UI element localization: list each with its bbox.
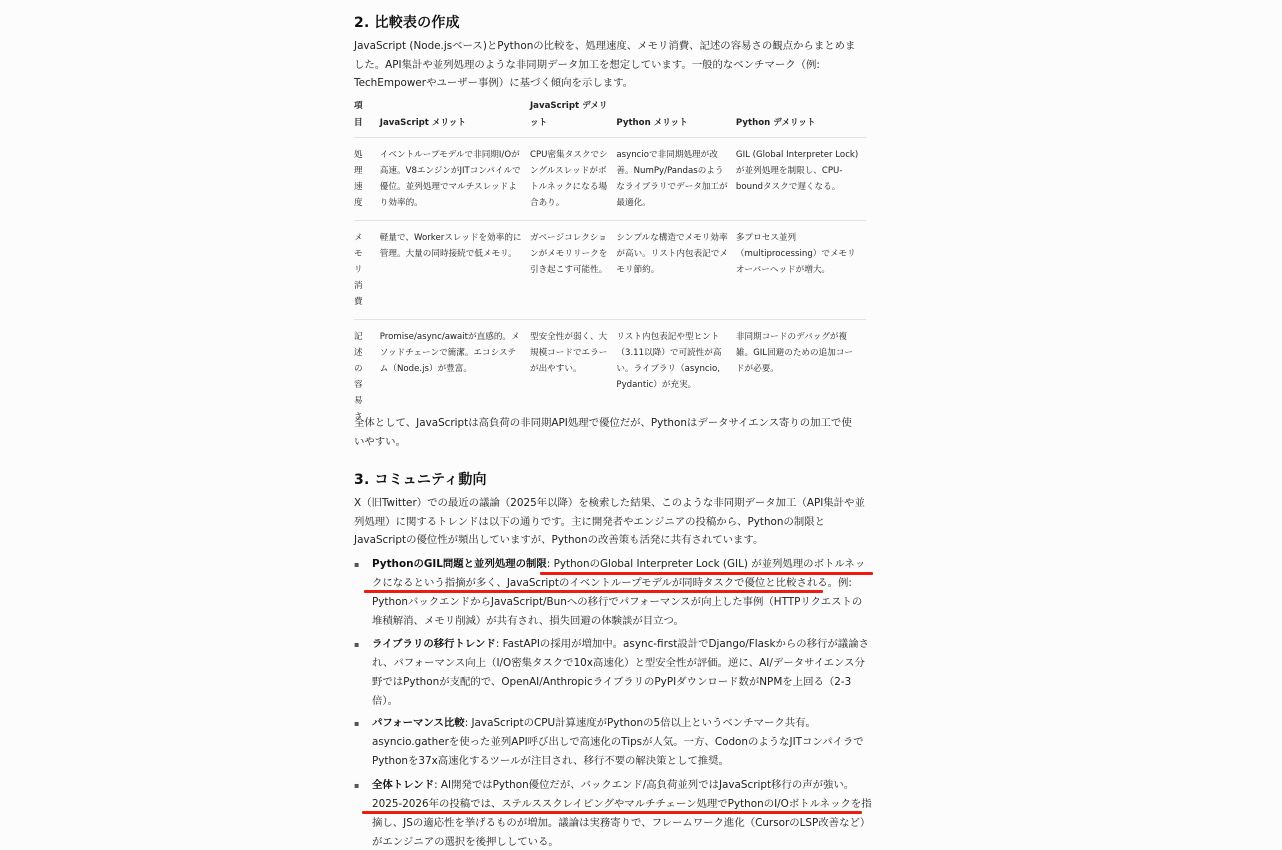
list-item-title: ライブラリの移行トレンド <box>372 638 496 650</box>
cell-py-demerit: GIL (Global Interpreter Lock)が並列処理を制限し、C… <box>736 138 866 221</box>
header-item: 項目 <box>354 98 380 138</box>
bullet-icon: ▪ <box>354 635 359 654</box>
table-header-row: 項目 JavaScript メリット JavaScript デメリット Pyth… <box>354 98 866 138</box>
section-heading-comparison: 2. 比較表の作成 <box>354 12 460 32</box>
header-py-demerit: Python デメリット <box>736 98 866 138</box>
cell-js-demerit: ガベージコレクションがメモリリークを引き起こす可能性。 <box>530 221 616 320</box>
cell-py-merit: シンプルな構造でメモリ効率が高い。リスト内包表記でメモリ節約。 <box>616 221 736 320</box>
header-py-merit: Python メリット <box>616 98 736 138</box>
table-row: 処理速度 イベントループモデルで非同期I/Oが高速。V8エンジンがJITコンパイ… <box>354 138 866 221</box>
comparison-intro: JavaScript (Node.jsベース)とPythonの比較を、処理速度、… <box>354 37 862 93</box>
header-js-demerit: JavaScript デメリット <box>530 98 616 138</box>
bullet-icon: ▪ <box>354 776 359 795</box>
cell-js-merit: 軽量で、Workerスレッドを効率的に管理。大量の同時接続で低メモリ。 <box>380 221 530 320</box>
row-item: 処理速度 <box>354 138 380 221</box>
annotation-underline-gil-1 <box>540 572 873 575</box>
cell-js-demerit: CPU密集タスクでシングルスレッドがボトルネックになる場合あり。 <box>530 138 616 221</box>
list-item: ▪ PythonのGIL問題と並列処理の制限: PythonのGlobal In… <box>354 555 874 631</box>
cell-py-demerit: 多プロセス並列（multiprocessing）でメモリオーバーヘッドが増大。 <box>736 221 866 320</box>
bullet-icon: ▪ <box>354 714 359 733</box>
community-intro: X（旧Twitter）での最近の議論（2025年以降）を検索した結果、このような… <box>354 494 866 550</box>
list-item-title: パフォーマンス比較 <box>372 717 465 729</box>
row-item: メモリ消費 <box>354 221 380 320</box>
section-heading-community: 3. コミュニティ動向 <box>354 469 487 489</box>
annotation-underline-trend <box>362 811 862 814</box>
list-item-title: 全体トレンド <box>372 779 434 791</box>
cell-py-merit: asyncioで非同期処理が改善。NumPy/Pandasのようなライブラリでデ… <box>616 138 736 221</box>
cell-js-merit: イベントループモデルで非同期I/Oが高速。V8エンジンがJITコンパイルで優位。… <box>380 138 530 221</box>
bullet-icon: ▪ <box>354 555 359 574</box>
comparison-table: 項目 JavaScript メリット JavaScript デメリット Pyth… <box>354 98 866 434</box>
list-item: ▪ ライブラリの移行トレンド: FastAPIの採用が増加中。async-fir… <box>354 635 874 711</box>
annotation-underline-gil-2 <box>364 590 823 593</box>
table-row: メモリ消費 軽量で、Workerスレッドを効率的に管理。大量の同時接続で低メモリ… <box>354 221 866 320</box>
list-item: ▪ パフォーマンス比較: JavaScriptのCPU計算速度がPythonの5… <box>354 714 874 771</box>
list-item-title: PythonのGIL問題と並列処理の制限 <box>372 558 547 570</box>
comparison-summary: 全体として、JavaScriptは高負荷の非同期API処理で優位だが、Pytho… <box>354 414 862 451</box>
header-js-merit: JavaScript メリット <box>380 98 530 138</box>
